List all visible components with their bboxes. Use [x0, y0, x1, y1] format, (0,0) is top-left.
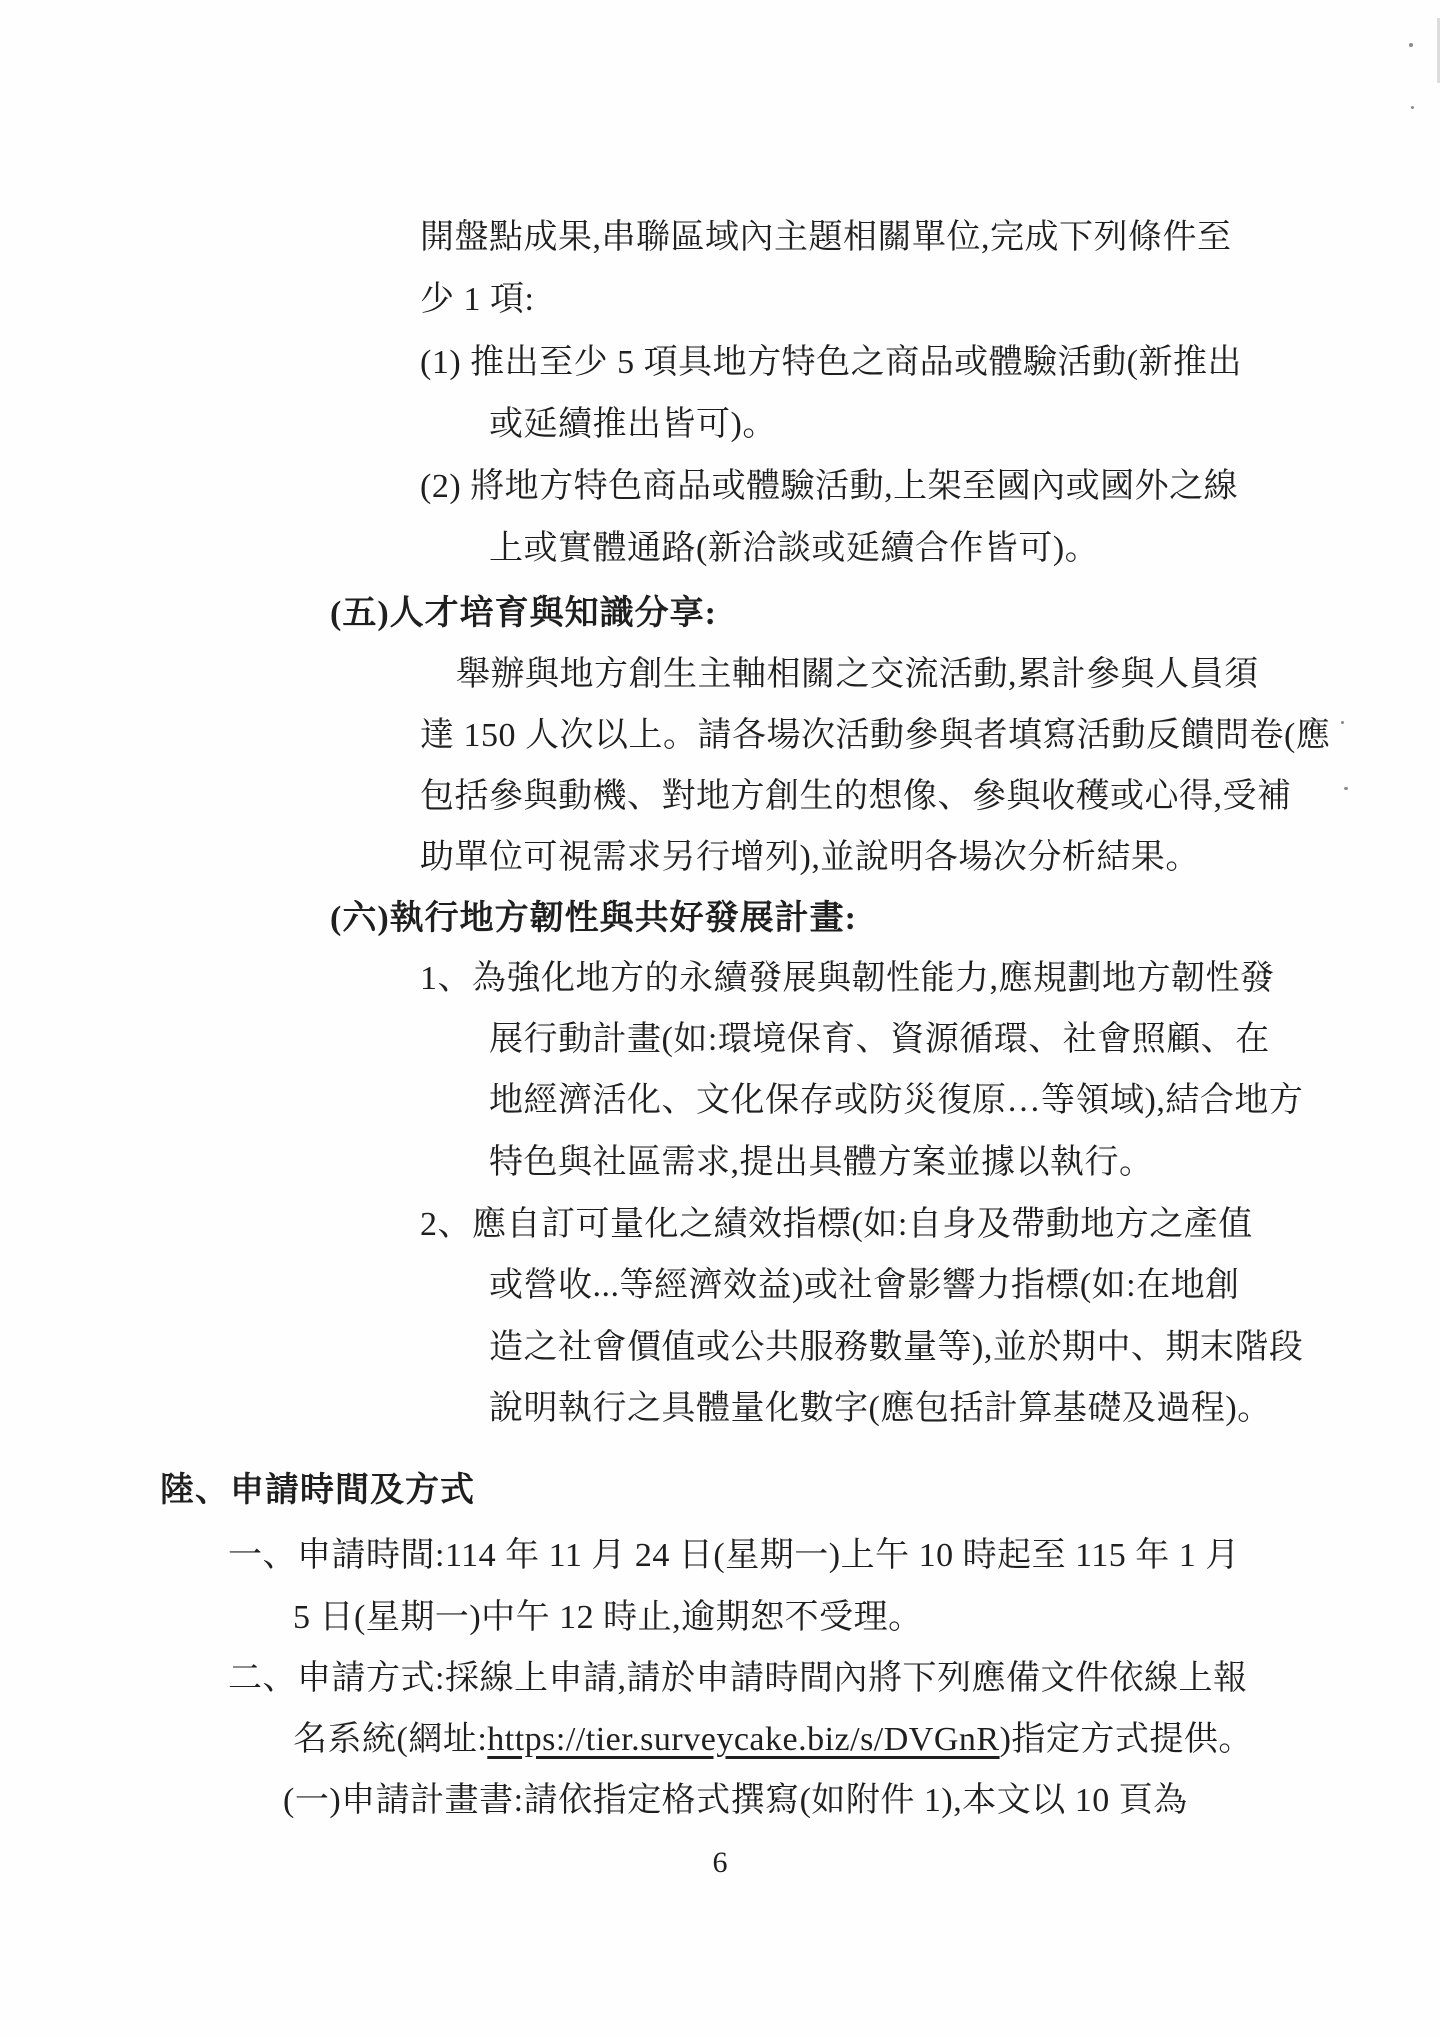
condition-2-line-1: (2) 將地方特色商品或體驗活動,上架至國內或國外之線: [420, 464, 1238, 510]
surveycake-link[interactable]: https://tier.surveycake.biz/s/DVGnR: [487, 1721, 999, 1758]
scan-speck: [1341, 721, 1344, 724]
section-6-item-2-line-4: 說明執行之具體量化數字(應包括計算基礎及過程)。: [489, 1386, 1272, 1432]
page-number: 6: [0, 1846, 1440, 1880]
section-5-heading: (五)人才培育與知識分享:: [330, 591, 717, 637]
document-page: 開盤點成果,串聯區域內主題相關單位,完成下列條件至 少 1 項: (1) 推出至…: [0, 0, 1440, 2037]
registration-system-text: 名系統(網址:: [293, 1721, 487, 1758]
section-6-item-1-line-3: 地經濟活化、文化保存或防災復原…等領域),結合地方: [489, 1078, 1303, 1124]
section-6-item-1-line-1: 1、為強化地方的永續發展與韌性能力,應規劃地方韌性發: [420, 956, 1275, 1002]
section-6-item-1-line-2: 展行動計畫(如:環境保育、資源循環、社會照顧、在: [489, 1017, 1270, 1063]
section-6-item-1-line-4: 特色與社區需求,提出具體方案並據以執行。: [489, 1140, 1154, 1186]
carryover-line-2: 少 1 項:: [420, 277, 534, 323]
section-liu-item-1-line-1: 一、申請時間:114 年 11 月 24 日(星期一)上午 10 時起至 115…: [228, 1533, 1240, 1579]
section-liu-item-2-line-2: 名系統(網址:https://tier.surveycake.biz/s/DVG…: [293, 1717, 1253, 1763]
section-6-item-2-line-2: 或營收...等經濟效益)或社會影響力指標(如:在地創: [489, 1263, 1240, 1309]
section-liu-item-1-line-2: 5 日(星期一)中午 12 時止,逾期恕不受理。: [293, 1595, 923, 1641]
section-liu-heading: 陸、申請時間及方式: [160, 1468, 475, 1514]
section-liu-item-2-line-1: 二、申請方式:採線上申請,請於申請時間內將下列應備文件依線上報: [228, 1656, 1247, 1702]
scan-speck: [1411, 106, 1414, 109]
section-6-item-2-line-3: 造之社會價值或公共服務數量等),並於期中、期末階段: [489, 1325, 1303, 1371]
carryover-line-1: 開盤點成果,串聯區域內主題相關單位,完成下列條件至: [420, 215, 1232, 261]
condition-2-line-2: 上或實體通路(新洽談或延續合作皆可)。: [489, 526, 1099, 572]
condition-1-line-1: (1) 推出至少 5 項具地方特色之商品或體驗活動(新推出: [420, 340, 1242, 386]
section-6-heading: (六)執行地方韌性與共好發展計畫:: [330, 896, 857, 942]
scan-speck: [1409, 43, 1413, 47]
section-6-item-2-line-1: 2、應自訂可量化之績效指標(如:自身及帶動地方之產值: [420, 1202, 1253, 1248]
registration-system-suffix: )指定方式提供。: [1000, 1721, 1253, 1758]
section-5-para-line-4: 助單位可視需求另行增列),並說明各場次分析結果。: [420, 835, 1200, 881]
section-liu-sub-item-1-line-1: (一)申請計畫書:請依指定格式撰寫(如附件 1),本文以 10 頁為: [283, 1778, 1188, 1824]
section-5-para-line-3: 包括參與動機、對地方創生的想像、參與收穫或心得,受補: [420, 774, 1292, 820]
condition-1-line-2: 或延續推出皆可)。: [489, 402, 777, 448]
section-5-para-line-1: 舉辦與地方創生主軸相關之交流活動,累計參與人員須: [456, 652, 1259, 698]
scan-speck: [1344, 787, 1348, 790]
section-5-para-line-2: 達 150 人次以上。請各場次活動參與者填寫活動反饋問卷(應: [420, 713, 1330, 759]
